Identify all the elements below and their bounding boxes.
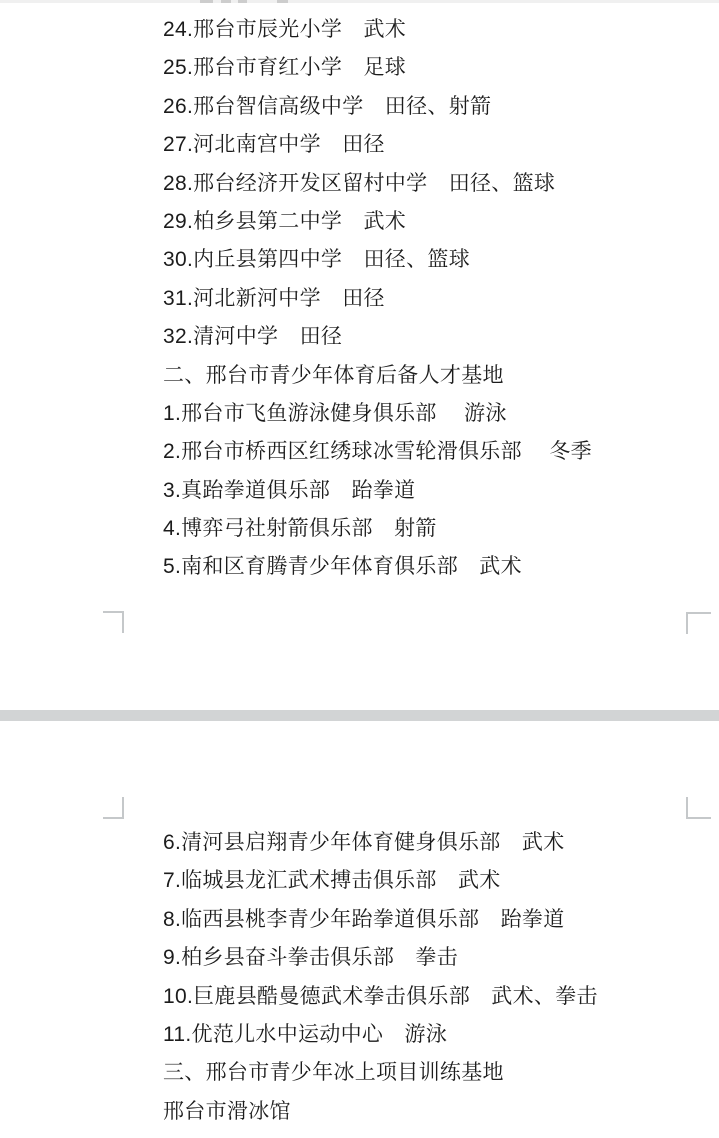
document-line: 三、邢台市青少年冰上项目训练基地	[163, 1054, 709, 1092]
document-line: 26.邢台智信高级中学 田径、射箭	[163, 88, 709, 126]
document-page-1: 24.邢台市辰光小学 武术25.邢台市育红小学 足球26.邢台智信高级中学 田径…	[0, 0, 719, 710]
document-line: 27.河北南宫中学 田径	[163, 126, 709, 164]
page-2-text-block: 6.清河县启翔青少年体育健身俱乐部 武术7.临城县龙汇武术搏击俱乐部 武术8.临…	[163, 824, 709, 1131]
document-line: 25.邢台市育红小学 足球	[163, 49, 709, 87]
document-line: 9.柏乡县奋斗拳击俱乐部 拳击	[163, 939, 709, 977]
page-bottom-margin-mark-right	[686, 612, 711, 634]
document-line: 31.河北新河中学 田径	[163, 280, 709, 318]
document-line: 5.南和区育腾青少年体育俱乐部 武术	[163, 548, 709, 586]
document-line: 32.清河中学 田径	[163, 318, 709, 356]
document-line: 二、邢台市青少年体育后备人才基地	[163, 357, 709, 395]
document-line: 1.邢台市飞鱼游泳健身俱乐部 游泳	[163, 395, 709, 433]
document-line: 30.内丘县第四中学 田径、篮球	[163, 241, 709, 279]
document-line: 10.巨鹿县酷曼德武术拳击俱乐部 武术、拳击	[163, 978, 709, 1016]
document-line: 邢台市滑冰馆	[163, 1093, 709, 1131]
document-line: 28.邢台经济开发区留村中学 田径、篮球	[163, 165, 709, 203]
page-break-gap	[0, 710, 719, 721]
page-top-margin-mark-left	[103, 797, 124, 819]
document-line: 4.博弈弓社射箭俱乐部 射箭	[163, 510, 709, 548]
cutoff-text-smudge	[277, 0, 288, 3]
cutoff-text-smudge	[200, 0, 213, 3]
document-viewer[interactable]: 24.邢台市辰光小学 武术25.邢台市育红小学 足球26.邢台智信高级中学 田径…	[0, 0, 719, 1138]
document-line: 3.真跆拳道俱乐部 跆拳道	[163, 472, 709, 510]
document-line: 24.邢台市辰光小学 武术	[163, 11, 709, 49]
document-line: 6.清河县启翔青少年体育健身俱乐部 武术	[163, 824, 709, 862]
cutoff-line-remnant	[0, 0, 719, 3]
document-page-2: 6.清河县启翔青少年体育健身俱乐部 武术7.临城县龙汇武术搏击俱乐部 武术8.临…	[0, 721, 719, 1138]
document-line: 8.临西县桃李青少年跆拳道俱乐部 跆拳道	[163, 901, 709, 939]
document-line: 29.柏乡县第二中学 武术	[163, 203, 709, 241]
cutoff-text-smudge	[221, 0, 231, 3]
document-line: 7.临城县龙汇武术搏击俱乐部 武术	[163, 862, 709, 900]
page-top-margin-mark-right	[686, 797, 711, 819]
cutoff-text-smudge	[238, 0, 247, 3]
page-bottom-margin-mark-left	[103, 611, 124, 633]
page-1-text-block: 24.邢台市辰光小学 武术25.邢台市育红小学 足球26.邢台智信高级中学 田径…	[163, 11, 709, 587]
document-line: 11.优范儿水中运动中心 游泳	[163, 1016, 709, 1054]
document-line: 2.邢台市桥西区红绣球冰雪轮滑俱乐部 冬季	[163, 433, 709, 471]
